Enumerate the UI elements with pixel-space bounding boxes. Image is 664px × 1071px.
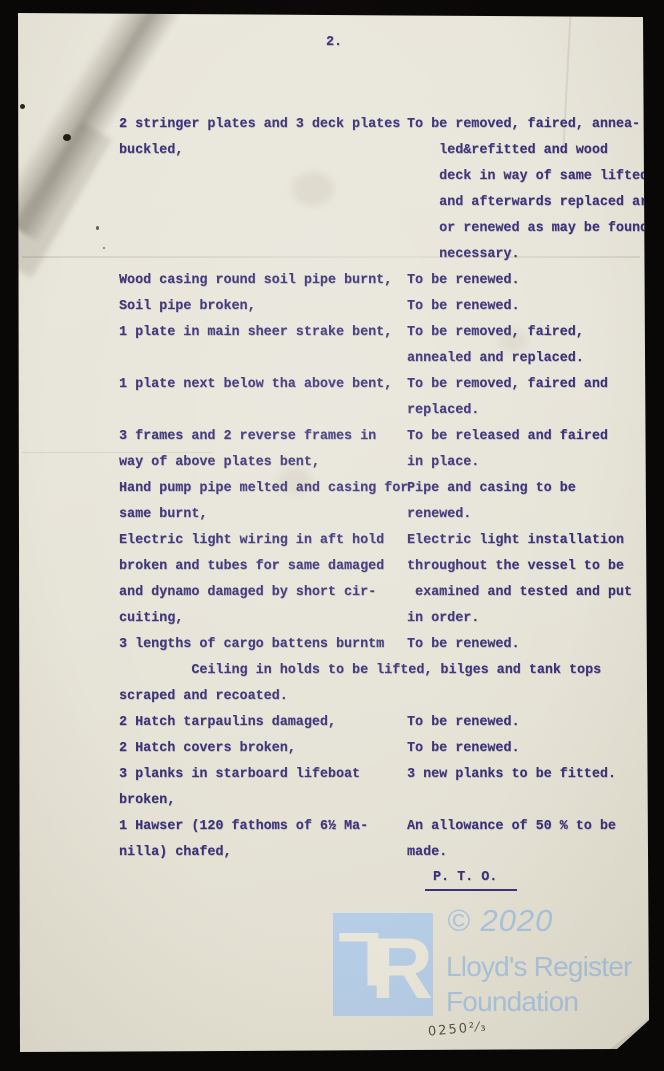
repair-text: made.: [407, 840, 447, 866]
doc-line: broken and tubes for same damagedthrough…: [119, 554, 661, 580]
please-turn-over-text: P. T. O.: [425, 867, 517, 891]
watermark-copyright: © 2020: [447, 903, 553, 939]
doc-line: Electric light wiring in aft holdElectri…: [119, 528, 661, 554]
repair-text: necessary.: [407, 242, 520, 268]
damage-text: 2 stringer plates and 3 deck plates: [119, 117, 400, 132]
photo-background: 2. 2 stringer plates and 3 deck platesTo…: [0, 0, 664, 1071]
damage-text: 1 Hawser (120 fathoms of 6½ Ma-: [119, 819, 368, 834]
repair-text: and afterwards replaced ar: [407, 190, 648, 216]
doc-line: cuiting,in order.: [119, 606, 661, 632]
watermark-org-name-line2: Foundation: [446, 986, 578, 1018]
doc-line: or renewed as may be found: [119, 216, 661, 242]
damage-text: 1 plate in main sheer strake bent,: [119, 325, 392, 340]
doc-line: 2 Hatch tarpaulins damaged,To be renewed…: [119, 710, 661, 736]
damage-text: cuiting,: [119, 611, 183, 626]
repair-text: To be removed, faired, annea-: [407, 112, 640, 138]
doc-line: 2 stringer plates and 3 deck platesTo be…: [119, 112, 661, 138]
repair-text: annealed and replaced.: [407, 346, 584, 372]
ink-spot: [20, 104, 25, 109]
damage-text: broken,: [119, 793, 175, 808]
doc-line: replaced.: [119, 398, 661, 424]
doc-line: deck in way of same lifted: [119, 164, 661, 190]
damage-text: Hand pump pipe melted and casing for: [119, 481, 408, 496]
corner-fold: [601, 1009, 649, 1051]
lloyds-register-logo-icon: L R: [333, 913, 433, 1016]
doc-line: and afterwards replaced ar: [119, 190, 661, 216]
doc-line: Wood casing round soil pipe burnt,To be …: [119, 268, 661, 294]
repair-text: To be renewed.: [407, 736, 520, 762]
watermark-org-name-line1: Lloyd's Register: [446, 951, 632, 983]
damage-text: 3 planks in starboard lifeboat: [119, 767, 360, 782]
repair-text: Pipe and casing to be: [407, 476, 576, 502]
repair-text: renewed.: [407, 502, 471, 528]
repair-text: To be renewed.: [407, 710, 520, 736]
repair-text: in order.: [407, 606, 479, 632]
repair-text: led&refitted and wood: [407, 138, 608, 164]
survey-report-text: 2 stringer plates and 3 deck platesTo be…: [119, 112, 661, 892]
repair-text: 3 new planks to be fitted.: [407, 762, 616, 788]
doc-line: necessary.: [119, 242, 661, 268]
doc-line: 2 Hatch covers broken,To be renewed.: [119, 736, 661, 762]
doc-line: Ceiling in holds to be lifted, bilges an…: [119, 658, 661, 684]
doc-line: Soil pipe broken,To be renewed.: [119, 294, 661, 320]
repair-text: To be renewed.: [407, 632, 520, 658]
doc-line: 3 planks in starboard lifeboat3 new plan…: [119, 762, 661, 788]
doc-line: and dynamo damaged by short cir- examine…: [119, 580, 661, 606]
repair-text: To be renewed.: [407, 268, 520, 294]
damage-text: Wood casing round soil pipe burnt,: [119, 273, 392, 288]
damage-text: Soil pipe broken,: [119, 299, 256, 314]
doc-line: buckled, led&refitted and wood: [119, 138, 661, 164]
page-number: 2.: [326, 35, 342, 50]
doc-line: nilla) chafed,made.: [119, 840, 661, 866]
damage-text: buckled,: [119, 143, 183, 158]
damage-text: and dynamo damaged by short cir-: [119, 585, 376, 600]
logo-letter-r: R: [371, 926, 433, 1012]
repair-text: Electric light installation: [407, 528, 624, 554]
doc-line: 3 frames and 2 reverse frames inTo be re…: [119, 424, 661, 450]
damage-text: 1 plate next below tha above bent,: [119, 377, 392, 392]
doc-line: 1 plate in main sheer strake bent,To be …: [119, 320, 661, 346]
doc-line: same burnt,renewed.: [119, 502, 661, 528]
damage-text: 2 Hatch covers broken,: [119, 741, 296, 756]
document-page: 2. 2 stringer plates and 3 deck platesTo…: [0, 0, 664, 1071]
doc-line: annealed and replaced.: [119, 346, 661, 372]
doc-line: broken,: [119, 788, 661, 814]
ink-spot: [63, 134, 71, 141]
doc-line: way of above plates bent,in place.: [119, 450, 661, 476]
repair-text: or renewed as may be found: [407, 216, 648, 242]
doc-line: P. T. O.: [119, 866, 661, 892]
damage-text: nilla) chafed,: [119, 845, 232, 860]
damage-text: same burnt,: [119, 507, 207, 522]
repair-text: To be renewed.: [407, 294, 520, 320]
doc-line: Hand pump pipe melted and casing forPipe…: [119, 476, 661, 502]
doc-line: scraped and recoated.: [119, 684, 661, 710]
doc-line: 3 lengths of cargo battens burntmTo be r…: [119, 632, 661, 658]
repair-text: deck in way of same lifted: [407, 164, 648, 190]
repair-text: examined and tested and put: [407, 580, 632, 606]
damage-text: way of above plates bent,: [119, 455, 320, 470]
repair-text: throughout the vessel to be: [407, 554, 624, 580]
damage-text: 3 lengths of cargo battens burntm: [119, 637, 384, 652]
damage-text: 3 frames and 2 reverse frames in: [119, 429, 376, 444]
archive-reference-number: 0250²⁄₃: [427, 1019, 488, 1039]
damage-text: 2 Hatch tarpaulins damaged,: [119, 715, 336, 730]
repair-text: To be released and faired: [407, 424, 608, 450]
ink-spot: [103, 247, 105, 249]
doc-line: 1 plate next below tha above bent,To be …: [119, 372, 661, 398]
damage-text: scraped and recoated.: [119, 689, 288, 704]
damage-text: Ceiling in holds to be lifted, bilges an…: [119, 663, 601, 678]
repair-text: An allowance of 50 % to be: [407, 814, 616, 840]
repair-text: To be removed, faired and: [407, 372, 608, 398]
repair-text: replaced.: [407, 398, 479, 424]
damage-text: Electric light wiring in aft hold: [119, 533, 384, 548]
repair-text: in place.: [407, 450, 479, 476]
damage-text: broken and tubes for same damaged: [119, 559, 384, 574]
doc-line: 1 Hawser (120 fathoms of 6½ Ma-An allowa…: [119, 814, 661, 840]
repair-text: To be removed, faired,: [407, 320, 584, 346]
ink-spot: [96, 226, 99, 230]
